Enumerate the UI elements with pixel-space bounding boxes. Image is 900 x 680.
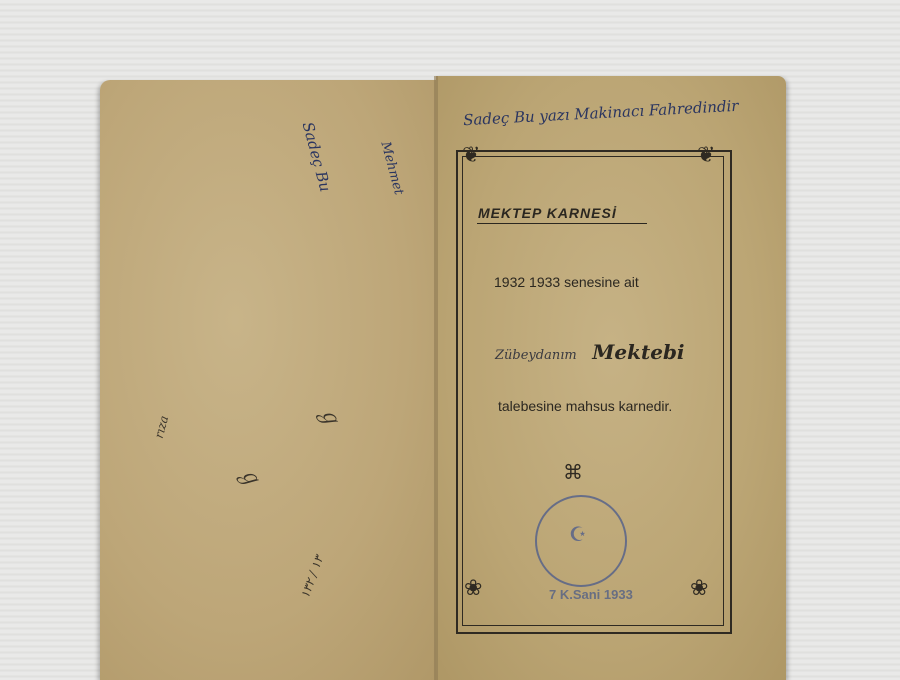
- corner-ornament-icon: ❀: [464, 575, 482, 601]
- school-name-handwritten: Zübeydanım: [495, 348, 577, 363]
- title-underline: [477, 223, 647, 224]
- round-seal-stamp: ☪: [535, 495, 627, 587]
- corner-ornament-icon: ❦: [697, 142, 715, 168]
- academic-years: 1932 1933 senesine ait: [494, 274, 639, 290]
- star-crescent-icon: ☪: [569, 522, 587, 547]
- school-label: Mektebi: [592, 340, 684, 364]
- corner-ornament-icon: ❀: [690, 575, 708, 601]
- photo: ❦ ❦ ❀ ❀ ⌘ Sadeç Bu yazı Makinacı Fahredi…: [0, 0, 900, 680]
- card-title: MEKTEP KARNESİ: [478, 205, 617, 221]
- card-subtitle: talebesine mahsus karnedir.: [498, 398, 672, 414]
- center-ornament-icon: ⌘: [563, 460, 583, 485]
- fold-spine: [434, 76, 438, 680]
- school-name-line: Zübeydanım Mektebi: [495, 340, 685, 365]
- date-stamp: 7 K.Sani 1933: [549, 587, 633, 602]
- corner-ornament-icon: ❦: [462, 142, 480, 168]
